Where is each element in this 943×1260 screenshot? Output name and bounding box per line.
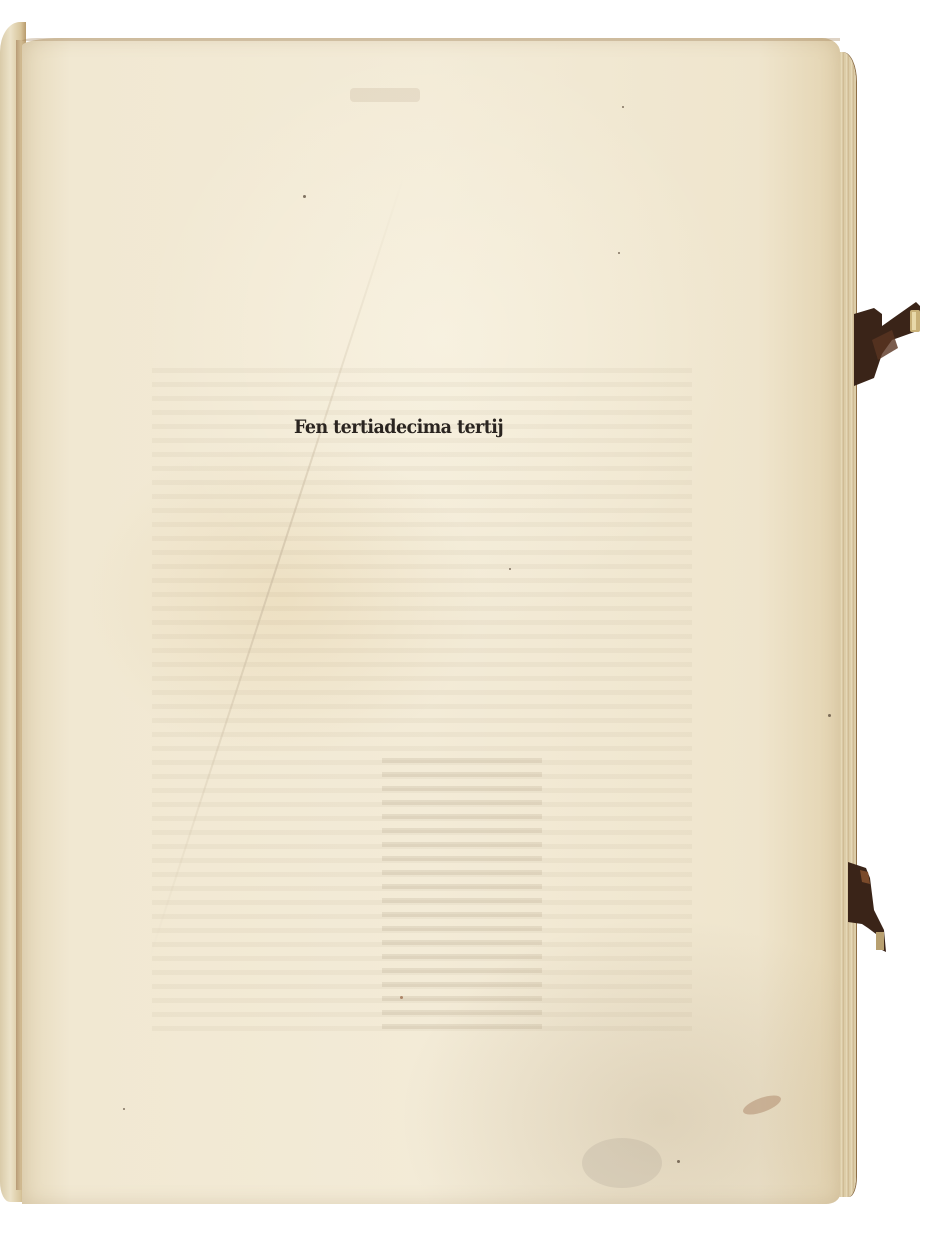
- foxing-speck: [828, 714, 831, 717]
- page-heading: Fen tertiadecima tertij: [294, 416, 503, 438]
- book-photograph: Fen tertiadecima tertij: [0, 0, 943, 1260]
- lower-clasp-icon: [846, 858, 888, 954]
- show-through-column: [382, 758, 542, 1038]
- foxing-speck: [622, 106, 624, 108]
- foxing-speck: [618, 252, 620, 254]
- paper-stain: [582, 1138, 662, 1188]
- page-top-edge: [22, 38, 840, 41]
- foxing-speck: [123, 1108, 125, 1110]
- foxing-speck: [509, 568, 511, 570]
- foxing-speck: [400, 996, 403, 999]
- paper-stain: [741, 1092, 783, 1119]
- upper-clasp-icon: [852, 300, 924, 388]
- recto-page: Fen tertiadecima tertij: [22, 38, 840, 1204]
- foxing-speck: [677, 1160, 680, 1163]
- show-through-running-head: [350, 88, 420, 102]
- foxing-speck: [303, 195, 306, 198]
